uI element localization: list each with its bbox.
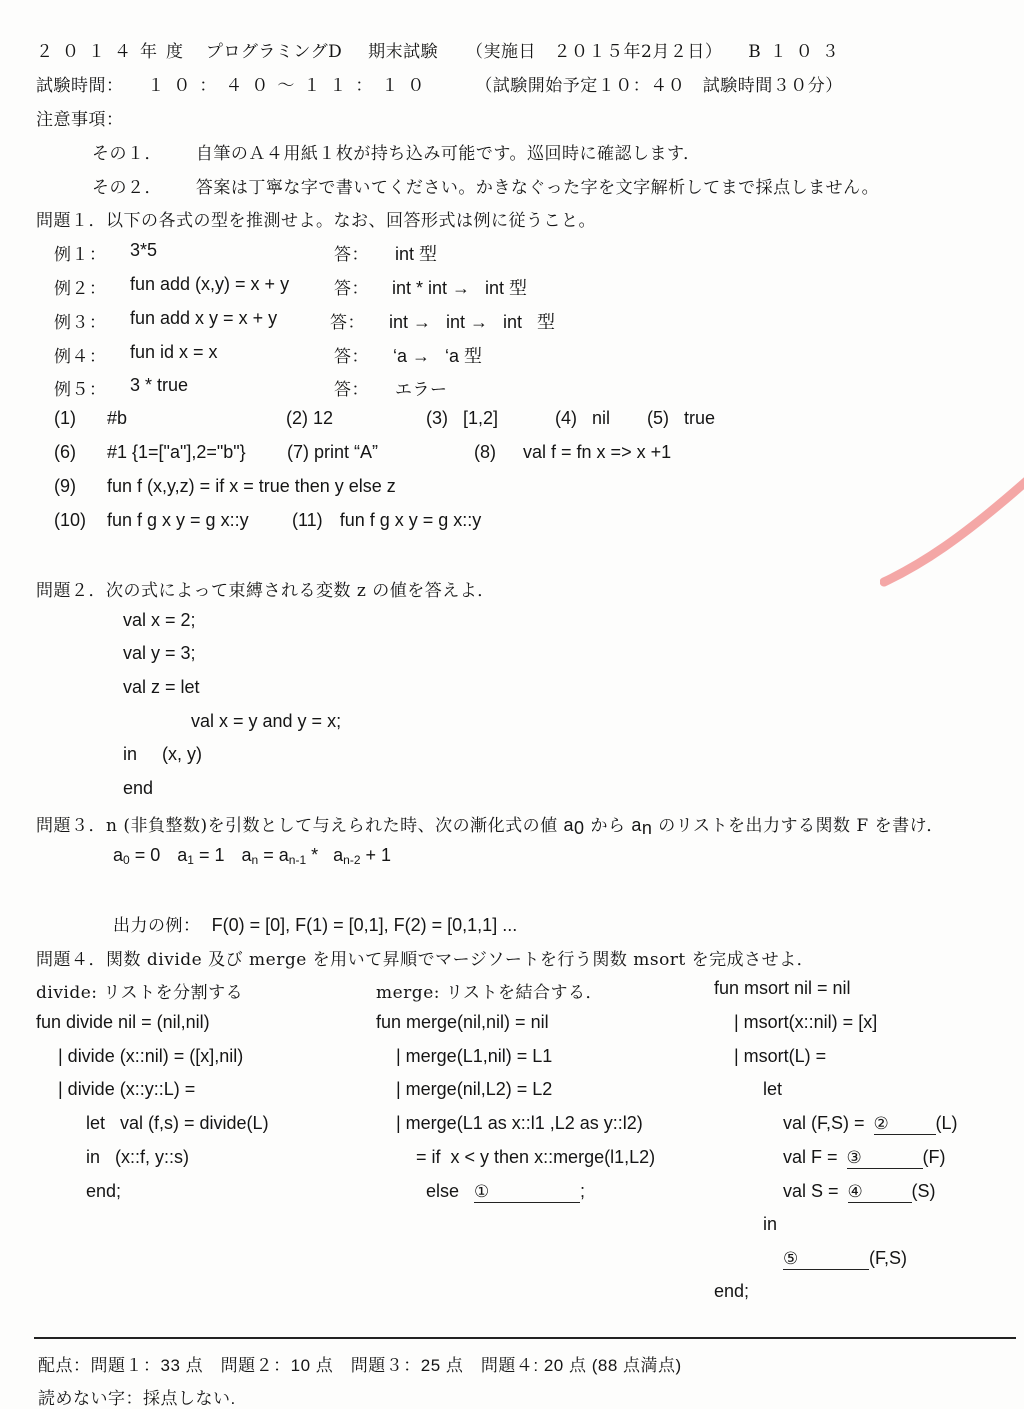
exam-time-note: （試験開始予定１０：４０ 試験時間３０分） [475, 76, 843, 96]
exam-header-line1: ２０１４年度 プログラミングD 期末試験 （実施日 ２０１５年2月２日） B１０… [36, 37, 848, 62]
question-4-title: 問題４．関数 divide 及び merge を用いて昇順でマージソートを行う関… [36, 945, 814, 970]
q1-item-3: (3) [1,2] [426, 408, 498, 429]
academic-year: ２０１４年度 [36, 42, 192, 62]
q1-item-11: (11) fun f g x y = g x::y [292, 510, 481, 531]
blank-number: ④ [848, 1182, 864, 1202]
q1-item-expr: print “A” [314, 442, 378, 462]
q1-item-6-number: (6) [54, 442, 76, 463]
course-name: プログラミングD [206, 42, 342, 62]
q1-item-number: (2) [286, 408, 308, 428]
answer-label: 答： [330, 308, 365, 333]
code-line: in (x::f, y::s) [86, 1147, 189, 1168]
example-label: 例５： [54, 375, 107, 400]
q1-item-number: (11) [292, 510, 323, 530]
example-answer: エラー [395, 375, 448, 400]
notes-label: 注意事項： [36, 105, 124, 130]
q1-item-9-number: (9) [54, 476, 76, 497]
example-label: 例４： [54, 342, 107, 367]
merge-else-line: else ①; [426, 1181, 585, 1203]
q1-item-number: (8) [474, 442, 496, 462]
footer-divider [34, 1337, 1016, 1339]
example-answer: int → int → int 型 [389, 308, 555, 334]
q1-item-number: (5) [647, 408, 669, 428]
exam-room: B１０３ [748, 42, 848, 62]
answer-blank-2[interactable]: ② [874, 1113, 936, 1135]
code-line: end; [86, 1181, 121, 1202]
example-answer: int * int → int 型 [392, 274, 527, 300]
q1-item-expr: 12 [313, 408, 333, 428]
question-1-title: 問題１．以下の各式の型を推測せよ。なお、回答形式は例に従うこと。 [36, 206, 596, 231]
example-answer: ‘a → ‘a 型 [393, 342, 482, 368]
merge-caption: merge: リストを結合する． [376, 978, 603, 1003]
q1-item-number: (7) [287, 442, 309, 462]
subscript: n [252, 853, 259, 867]
question-3-title: 問題３．n (非負整数)を引数として与えられた時、次の漸化式の値 a0 から a… [36, 811, 944, 836]
msort-sort-second-line: val S = ④(S) [783, 1181, 936, 1203]
q3-title-text: 問題３．n (非負整数)を引数として与えられた時、次の漸化式の値 [36, 816, 564, 836]
code-line: let [763, 1079, 782, 1100]
q3-title-text: のリストを出力する関数 F を書け． [652, 816, 944, 836]
example-expr: 3 * true [130, 375, 188, 396]
example-expr: fun add x y = x + y [130, 308, 277, 329]
example-row-1: 例１： [54, 240, 107, 265]
q1-item-4: (4) nil [555, 408, 610, 429]
code-line: in [763, 1214, 777, 1235]
answer-label: 答： [334, 342, 369, 367]
example-label: 例３： [54, 308, 107, 333]
q1-item-2: (2) 12 [286, 408, 333, 429]
code-line: fun divide nil = (nil,nil) [36, 1012, 210, 1033]
code-line: = if x < y then x::merge(l1,L2) [416, 1147, 655, 1168]
blank-number: ① [474, 1182, 490, 1202]
subscript: 0 [123, 853, 130, 867]
exam-type: 期末試験 [368, 42, 438, 62]
q1-item-expr: fun f g x y = g x::y [340, 510, 482, 530]
msort-merge-line: ⑤(F,S) [783, 1248, 907, 1270]
code-line: val y = 3; [123, 643, 196, 664]
answer-label: 答： [334, 240, 369, 265]
q3-title-text: から [585, 816, 632, 836]
exam-time-label: 試験時間： [36, 76, 124, 96]
code-line: fun merge(nil,nil) = nil [376, 1012, 549, 1033]
note-item-1: その１． 自筆のＡ４用紙１枚が持ち込み可能です。巡回時に確認します． [92, 139, 701, 164]
note-text: 自筆のＡ４用紙１枚が持ち込み可能です。巡回時に確認します． [196, 144, 701, 164]
code-text: (F) [923, 1147, 946, 1167]
q3-sub: 0 [574, 818, 585, 838]
q1-item-expr: nil [592, 408, 610, 428]
example-label: 例１： [54, 245, 107, 265]
example-expr: fun add (x,y) = x + y [130, 274, 289, 295]
q1-item-9-expr: fun f (x,y,z) = if x = true then y else … [107, 476, 396, 497]
recurrence-formula: a0 = 0 a1 = 1 an = an-1 * an-2 + 1 [113, 845, 391, 866]
code-line: end; [714, 1281, 749, 1302]
q1-item-number: (4) [555, 408, 577, 428]
code-line: val x = y and y = x; [191, 711, 341, 732]
code-text: val (F,S) = [783, 1113, 865, 1133]
note-number: その２． [92, 178, 162, 198]
code-line: | msort(L) = [734, 1046, 826, 1067]
msort-sort-first-line: val F = ③(F) [783, 1147, 946, 1169]
example-expr: 3*5 [130, 240, 157, 261]
note-item-2: その２． 答案は丁寧な字で書いてください。かきなぐった字を文字解析してまで採点し… [92, 173, 879, 198]
exam-date: （実施日 ２０１５年2月２日） [466, 42, 722, 62]
q1-item-expr: [1,2] [463, 408, 498, 428]
answer-label: 答： [334, 375, 369, 400]
scoring-info: 配点：問題１：33 点 問題２：10 点 問題３：25 点 問題４: 20 点 … [38, 1351, 682, 1376]
code-text: (S) [912, 1181, 936, 1201]
code-text: (L) [936, 1113, 958, 1133]
exam-time: １０：４０〜１１：１０ [147, 76, 433, 96]
code-line: end [123, 778, 153, 799]
formula-part: = a [263, 845, 289, 865]
illegible-note: 読めない字：採点しない. [38, 1384, 236, 1409]
q3-a: a [564, 815, 575, 835]
q1-item-number: (3) [426, 408, 448, 428]
q1-item-5: (5) true [647, 408, 715, 429]
q1-item-1-expr: #b [107, 408, 127, 429]
q1-item-8: (8) val f = fn x => x +1 [474, 442, 671, 463]
subscript: n-2 [343, 853, 360, 867]
blank-number: ⑤ [783, 1249, 799, 1269]
note-text: 答案は丁寧な字で書いてください。かきなぐった字を文字解析してまで採点しません。 [196, 178, 879, 198]
code-text: val F = [783, 1147, 838, 1167]
formula-part: = 1 [199, 845, 225, 865]
q1-item-10-expr: fun f g x y = g x::y [107, 510, 249, 531]
code-text: (F,S) [869, 1248, 907, 1268]
q3-sub: n [642, 818, 653, 838]
question-2-title: 問題２．次の式によって束縛される変数 z の値を答えよ． [36, 576, 495, 601]
blank-number: ② [874, 1114, 890, 1134]
q1-item-6-expr: #1 {1=["a"],2="b"} [107, 442, 246, 463]
output-example: 出力の例： F(0) = [0], F(1) = [0,1], F(2) = [… [113, 911, 517, 936]
semicolon: ; [580, 1181, 585, 1201]
note-number: その１． [92, 144, 162, 164]
code-line: fun msort nil = nil [714, 978, 851, 999]
formula-part: + 1 [361, 845, 392, 865]
blank-number: ③ [847, 1148, 863, 1168]
code-line: | merge(nil,L2) = L2 [396, 1079, 552, 1100]
code-line: in (x, y) [123, 744, 202, 765]
red-pencil-mark [880, 470, 1024, 590]
code-line: | msort(x::nil) = [x] [734, 1012, 877, 1033]
code-line: | divide (x::nil) = ([x],nil) [58, 1046, 243, 1067]
code-line: let val (f,s) = divide(L) [86, 1113, 269, 1134]
q1-item-10-number: (10) [54, 510, 86, 531]
divide-caption: divide: リストを分割する [36, 978, 243, 1003]
example-answer: int 型 [395, 240, 437, 266]
example-expr: fun id x = x [130, 342, 218, 363]
answer-blank-1[interactable]: ① [474, 1181, 580, 1203]
example-label: 例２： [54, 274, 107, 299]
code-line: val x = 2; [123, 610, 196, 631]
term-a: a [242, 845, 252, 865]
subscript: 1 [187, 853, 194, 867]
code-line: | merge(L1 as x::l1 ,L2 as y::l2) [396, 1113, 643, 1134]
exam-header-line2: 試験時間： １０：４０〜１１：１０ （試験開始予定１０：４０ 試験時間３０分） [36, 71, 843, 96]
formula-part: * a [306, 845, 343, 865]
answer-label: 答： [334, 274, 369, 299]
q1-item-expr: val f = fn x => x +1 [523, 442, 671, 462]
code-text: val S = [783, 1181, 839, 1201]
subscript: n-1 [289, 853, 306, 867]
q1-item-expr: true [684, 408, 715, 428]
exam-page: ２０１４年度 プログラミングD 期末試験 （実施日 ２０１５年2月２日） B１０… [0, 0, 1024, 1409]
answer-blank-4[interactable]: ④ [848, 1181, 912, 1203]
else-keyword: else [426, 1181, 459, 1201]
output-example-text: F(0) = [0], F(1) = [0,1], F(2) = [0,1,1]… [212, 915, 518, 935]
q3-a: a [631, 815, 642, 835]
code-line: val z = let [123, 677, 200, 698]
answer-blank-5[interactable]: ⑤ [783, 1248, 869, 1270]
code-line: | merge(L1,nil) = L1 [396, 1046, 552, 1067]
answer-blank-3[interactable]: ③ [847, 1147, 923, 1169]
output-example-label: 出力の例： [113, 916, 201, 936]
term-a: a [177, 845, 187, 865]
code-line: | divide (x::y::L) = [58, 1079, 195, 1100]
term-a: a [113, 845, 123, 865]
msort-divide-line: val (F,S) = ②(L) [783, 1113, 958, 1135]
q1-item-1-number: (1) [54, 408, 76, 429]
formula-part: = 0 [135, 845, 161, 865]
q1-item-7: (7) print “A” [287, 442, 378, 463]
